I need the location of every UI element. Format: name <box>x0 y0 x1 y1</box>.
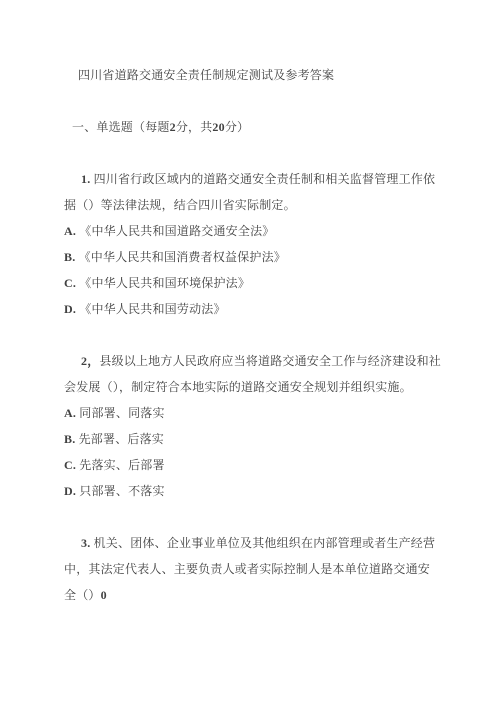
section-heading: 一、单选题（每题2分，共20分） <box>64 114 444 140</box>
text-segment: 先落实、后部署 <box>79 458 164 472</box>
question-1-option-b: B. 《中华人民共和国消费者权益保护法》 <box>64 244 444 270</box>
text-segment: 只部署、不落实 <box>79 484 164 498</box>
bold-text-segment: 0 <box>101 588 107 602</box>
text-segment: 中，其法定代表人、主要负责人或者实际控制人是本单位道路交通安 <box>64 562 430 576</box>
bold-text-segment: C. <box>64 276 79 290</box>
bold-text-segment: A. <box>64 406 79 420</box>
question-2-stem-line-1: 2，县级以上地方人民政府应当将道路交通安全工作与经济建设和社 <box>64 348 444 374</box>
text-segment: 会发展（），制定符合本地实际的道路交通安全规划并组织实施。 <box>64 380 412 394</box>
text-segment: 全（） <box>64 588 101 602</box>
text-segment: 先部署、后落实 <box>79 432 164 446</box>
question-1: 1. 四川省行政区域内的道路交通安全责任制和相关监督管理工作依 据（）等法律法规… <box>64 166 444 322</box>
question-3: 3. 机关、团体、企业事业单位及其他组织在内部管理或者生产经营 中，其法定代表人… <box>64 530 444 608</box>
document-title: 四川省道路交通安全责任制规定测试及参考答案 <box>64 62 444 88</box>
question-1-stem-line-1: 1. 四川省行政区域内的道路交通安全责任制和相关监督管理工作依 <box>64 166 444 192</box>
document-content: 四川省道路交通安全责任制规定测试及参考答案 一、单选题（每题2分，共20分） 1… <box>0 0 500 608</box>
text-segment: 分） <box>225 120 249 134</box>
text-segment: 《中华人民共和国消费者权益保护法》 <box>79 250 286 264</box>
question-2-option-c: C. 先落实、后部署 <box>64 452 444 478</box>
question-1-option-c: C. 《中华人民共和国环境保护法》 <box>64 270 444 296</box>
bold-text-segment: 2， <box>81 354 99 368</box>
question-2-option-d: D. 只部署、不落实 <box>64 478 444 504</box>
bold-text-segment: D. <box>64 302 79 316</box>
question-3-stem-line-2: 中，其法定代表人、主要负责人或者实际控制人是本单位道路交通安 <box>64 556 444 582</box>
text-segment: 县级以上地方人民政府应当将道路交通安全工作与经济建设和社 <box>99 354 441 368</box>
bold-text-segment: C. <box>64 458 79 472</box>
question-2-option-b: B. 先部署、后落实 <box>64 426 444 452</box>
question-2: 2，县级以上地方人民政府应当将道路交通安全工作与经济建设和社 会发展（），制定符… <box>64 348 444 504</box>
question-2-option-a: A. 同部署、同落实 <box>64 400 444 426</box>
question-1-option-a: A. 《中华人民共和国道路交通安全法》 <box>64 218 444 244</box>
bold-text-segment: B. <box>64 432 79 446</box>
question-1-option-d: D. 《中华人民共和国劳动法》 <box>64 296 444 322</box>
text-segment: 同部署、同落实 <box>79 406 164 420</box>
section-heading-block: 一、单选题（每题2分，共20分） <box>64 114 444 140</box>
text-segment: 机关、团体、企业事业单位及其他组织在内部管理或者生产经营 <box>94 536 436 550</box>
text-segment: 据（）等法律法规，结合四川省实际制定。 <box>64 198 296 212</box>
question-3-stem-line-3: 全（）0 <box>64 582 444 608</box>
question-1-stem-line-2: 据（）等法律法规，结合四川省实际制定。 <box>64 192 444 218</box>
document-page: 四川省道路交通安全责任制规定测试及参考答案 一、单选题（每题2分，共20分） 1… <box>0 0 500 707</box>
bold-text-segment: A. <box>64 224 79 238</box>
text-segment: 一、单选题（每题 <box>72 120 170 134</box>
title-block: 四川省道路交通安全责任制规定测试及参考答案 <box>64 62 444 88</box>
text-segment: 四川省行政区域内的道路交通安全责任制和相关监督管理工作依 <box>94 172 436 186</box>
bold-text-segment: B. <box>64 250 79 264</box>
question-3-stem-line-1: 3. 机关、团体、企业事业单位及其他组织在内部管理或者生产经营 <box>64 530 444 556</box>
text-segment: 分，共 <box>176 120 213 134</box>
text-segment: 《中华人民共和国劳动法》 <box>79 302 225 316</box>
bold-text-segment: 20 <box>212 120 224 134</box>
question-2-stem-line-2: 会发展（），制定符合本地实际的道路交通安全规划并组织实施。 <box>64 374 444 400</box>
bold-text-segment: 3. <box>81 536 94 550</box>
bold-text-segment: D. <box>64 484 79 498</box>
text-segment: 《中华人民共和国环境保护法》 <box>79 276 250 290</box>
bold-text-segment: 1. <box>81 172 94 186</box>
text-segment: 《中华人民共和国道路交通安全法》 <box>79 224 274 238</box>
